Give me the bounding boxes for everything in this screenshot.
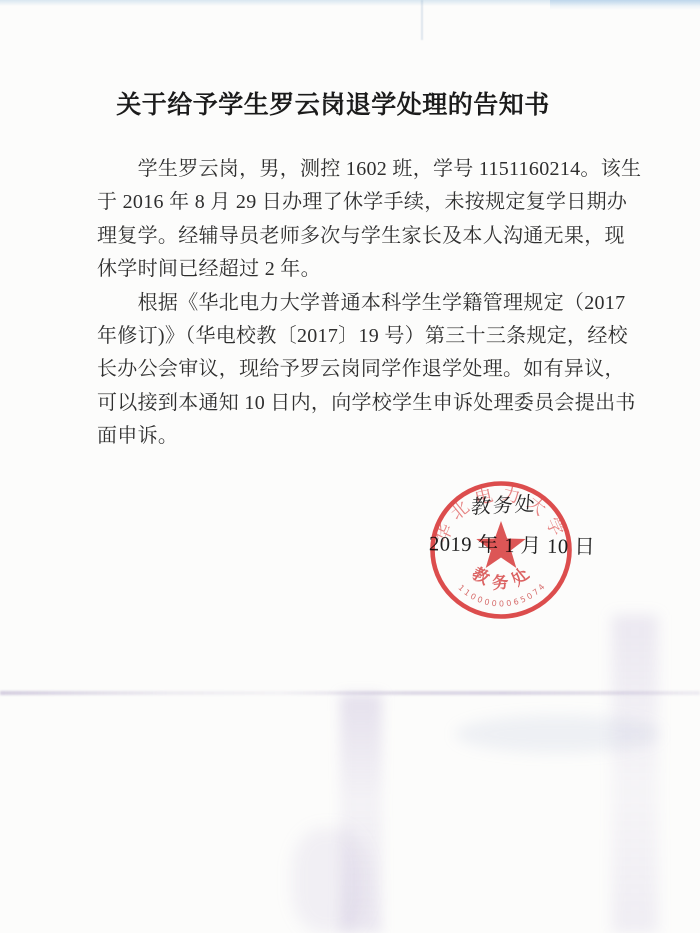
scan-artifact-streak <box>612 615 658 933</box>
body-line: 理复学。经辅导员老师多次与学生家长及本人沟通无果，现 <box>97 220 622 253</box>
document-body: 学生罗云岗，男，测控 1602 班，学号 1151160214。该生于 2016… <box>97 153 622 454</box>
document-title: 关于给予学生罗云岗退学处理的告知书 <box>0 85 666 121</box>
body-line: 长办公会审议，现给予罗云岗同学作退学处理。如有异议， <box>97 353 622 386</box>
svg-text:教务处: 教务处 <box>469 559 538 593</box>
scan-artifact-smudge <box>455 715 660 753</box>
scan-artifact-smudge <box>292 828 367 933</box>
body-line: 年修订)》（华电校教〔2017〕19 号）第三十三条规定，经校 <box>97 320 622 353</box>
body-line: 学生罗云岗，男，测控 1602 班，学号 1151160214。该生 <box>97 153 622 186</box>
seal-department-arc-text: 教务处 <box>469 559 538 593</box>
scan-fold-crease <box>0 691 700 695</box>
body-line: 于 2016 年 8 月 29 日办理了休学手续，未按规定复学日期办 <box>97 186 622 219</box>
scan-artifact-vertical-line <box>421 0 423 40</box>
scanned-document-page: 关于给予学生罗云岗退学处理的告知书 学生罗云岗，男，测控 1602 班，学号 1… <box>0 0 700 933</box>
body-line: 休学时间已经超过 2 年。 <box>97 253 622 286</box>
body-line: 可以接到本通知 10 日内，向学校学生申诉处理委员会提出书 <box>97 387 622 420</box>
body-line: 根据《华北电力大学普通本科学生学籍管理规定（2017 <box>97 287 622 320</box>
seal-star-icon <box>476 521 525 568</box>
scan-artifact-streak <box>340 694 382 933</box>
scan-artifact-top-strip <box>0 0 700 6</box>
body-line: 面申诉。 <box>97 420 622 453</box>
scan-artifact-top-right <box>550 0 700 10</box>
official-seal: 华北电力大学 教务处 1100000065074 <box>426 478 576 624</box>
